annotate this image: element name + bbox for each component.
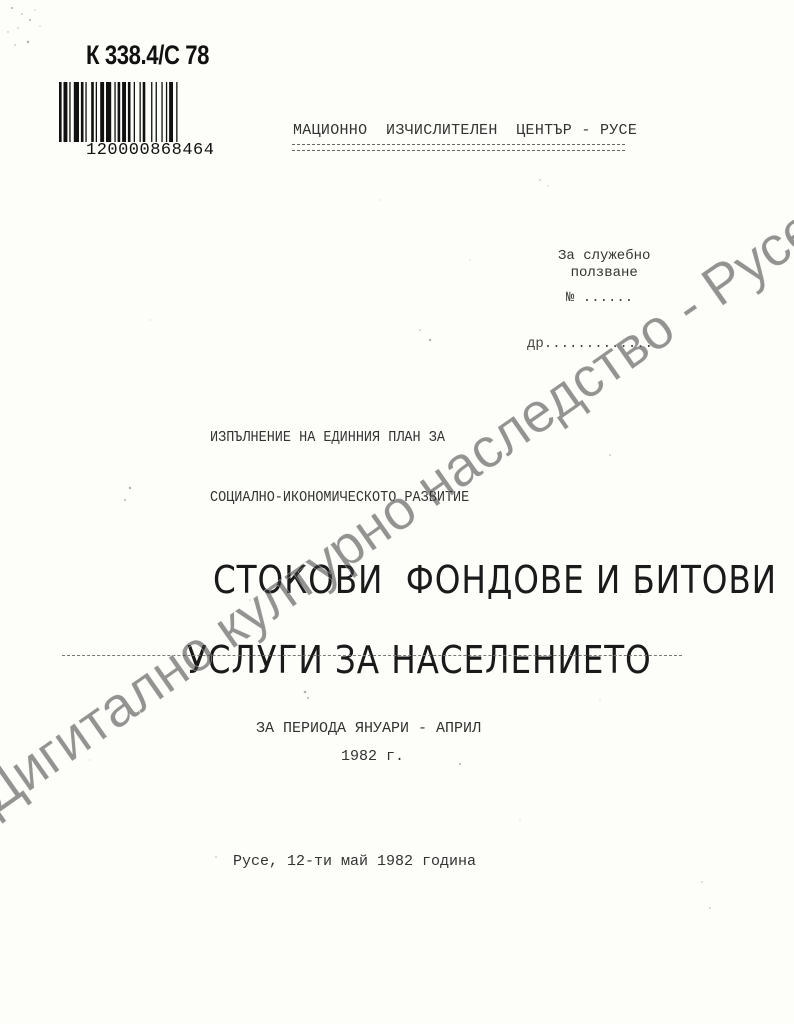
reporting-year: 1982 г.: [341, 748, 404, 765]
separator-mark: ˒: [300, 648, 307, 662]
subtitle-line-2: СОЦИАЛНО-ИКОНОМИЧЕСКОТО РАЗВИТИЕ: [210, 488, 469, 508]
header-double-rule: [292, 144, 625, 151]
place-and-date: Русе, 12-ти май 1982 година: [233, 853, 476, 870]
title-line-1: СТОКОВИ ФОНДОВЕ И БИТОВИ: [213, 558, 777, 602]
restriction-notice: За служебно ползване: [558, 248, 650, 282]
title-line-2: УСЛУГИ ЗА НАСЕЛЕНИЕТО: [168, 640, 777, 680]
barcode: [57, 82, 233, 142]
reporting-period: ЗА ПЕРИОДА ЯНУАРИ - АПРИЛ: [256, 720, 481, 737]
barcode-number: 120000868464: [86, 141, 214, 160]
call-number: К 338.4/С 78: [86, 40, 209, 71]
restriction-line-1: За служебно: [558, 248, 650, 265]
restriction-line-2: ползване: [558, 265, 650, 282]
document-page: К 338.4/С 78 120000868464 МАЦИОННО ИЗЧИС…: [0, 0, 794, 1024]
copy-number-field: др.............: [527, 336, 653, 352]
registration-number-field: № ......: [566, 290, 633, 306]
separator-line: [62, 655, 682, 657]
subtitle-line-1: ИЗПЪЛНЕНИЕ НА ЕДИННИЯ ПЛАН ЗА: [210, 428, 469, 448]
organization-header: МАЦИОННО ИЗЧИСЛИТЕЛЕН ЦЕНТЪР - РУСЕ: [293, 122, 637, 139]
